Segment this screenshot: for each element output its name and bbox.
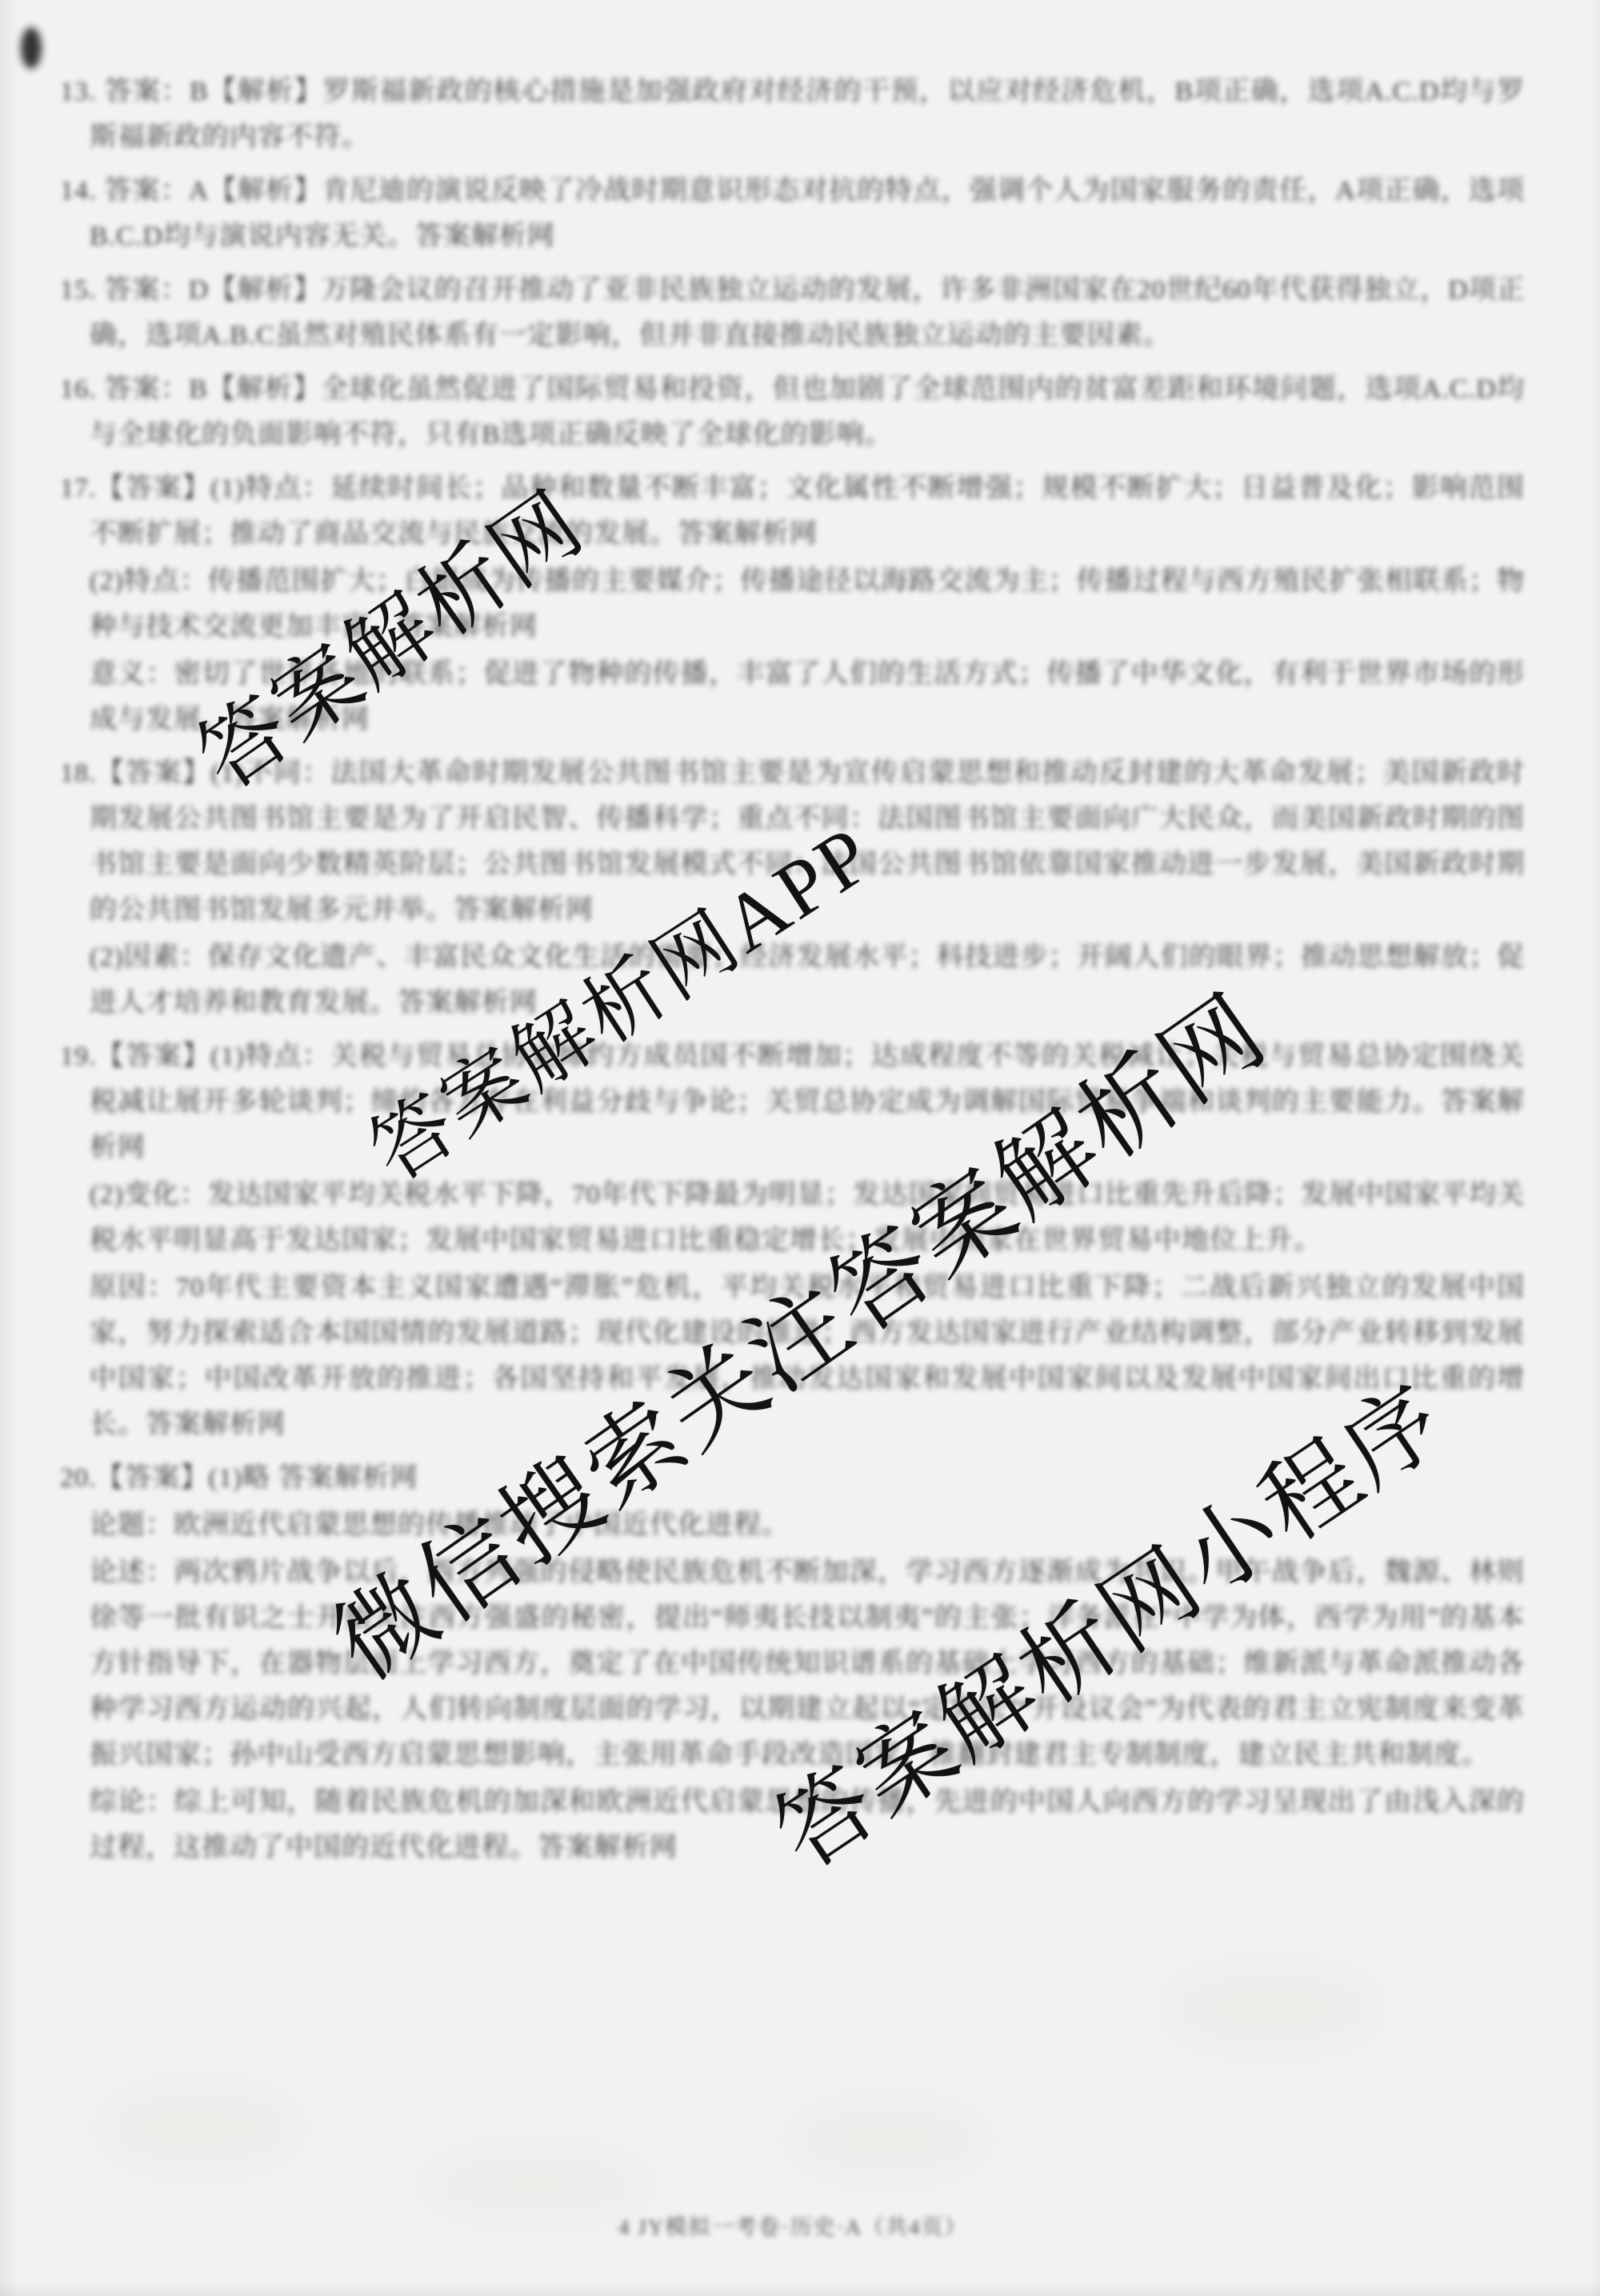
page-footer: 4 JY模拟一考卷·历史·A（共4页） bbox=[618, 2210, 967, 2241]
item-17-answer-text: 17.【答案】(1)特点：延续时间长；品种和数量不断丰富；文化属性不断增强；规模… bbox=[90, 466, 1525, 557]
scanned-exam-answer-page: 13. 答案：B【解析】罗斯福新政的核心措施是加强政府对经济的干预，以应对经济危… bbox=[0, 0, 1600, 2296]
item-16-answer-text: 16. 答案：B【解析】全球化虽然促进了国际贸易和投资，但也加剧了全球范围内的贫… bbox=[90, 366, 1525, 458]
item-19-answer-text: 19.【答案】(1)特点：关税与贸易总协定缔约方成员国不断增加；达成程度不等的关… bbox=[90, 1034, 1525, 1170]
bleed-through-stain bbox=[784, 2096, 992, 2184]
bleed-through-stain bbox=[96, 2080, 304, 2176]
item-14-answer-text: 14. 答案：A【解析】肯尼迪的演说反映了冷战时期意识形态对抗的特点，强调个人为… bbox=[90, 168, 1525, 259]
binding-mark-blob bbox=[21, 27, 42, 69]
footer-text: 4 JY模拟一考卷·历史·A（共4页） bbox=[618, 2215, 967, 2239]
item-13-answer-text: 13. 答案：B【解析】罗斯福新政的核心措施是加强政府对经济的干预，以应对经济危… bbox=[90, 69, 1525, 160]
answer-item-15: 15. 答案：D【解析】万隆会议的召开推动了亚非民族独立运动的发展，许多非洲国家… bbox=[90, 267, 1525, 358]
item-18-subanswer-text: (2)因素：保存文化遗产、丰富民众文化生活的需要；经济发展水平；科技进步；开阔人… bbox=[90, 934, 1525, 1026]
bleed-through-stain bbox=[1160, 1960, 1384, 2056]
answer-item-13: 13. 答案：B【解析】罗斯福新政的核心措施是加强政府对经济的干预，以应对经济危… bbox=[90, 69, 1525, 160]
answer-item-16: 16. 答案：B【解析】全球化虽然促进了国际贸易和投资，但也加剧了全球范围内的贫… bbox=[90, 366, 1525, 458]
item-15-answer-text: 15. 答案：D【解析】万隆会议的召开推动了亚非民族独立运动的发展，许多非洲国家… bbox=[90, 267, 1525, 358]
answer-item-14: 14. 答案：A【解析】肯尼迪的演说反映了冷战时期意识形态对抗的特点，强调个人为… bbox=[90, 168, 1525, 259]
answer-items: 13. 答案：B【解析】罗斯福新政的核心措施是加强政府对经济的干预，以应对经济危… bbox=[90, 69, 1525, 1878]
